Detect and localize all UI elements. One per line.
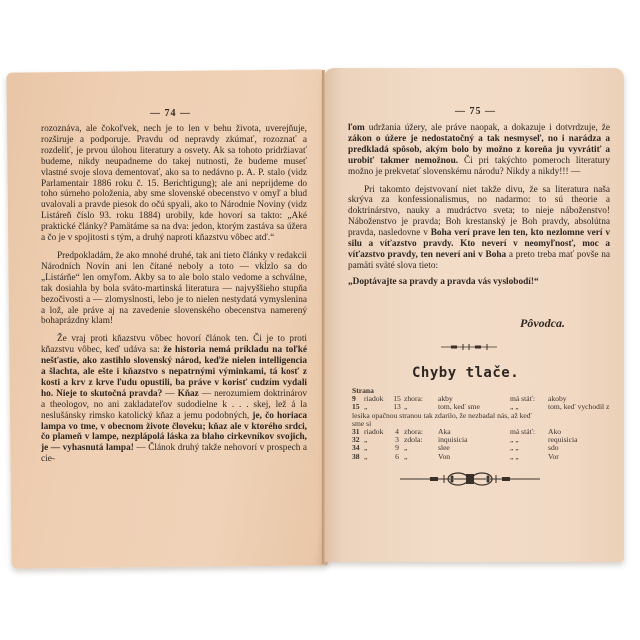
- text-run: rozoznáva, ale čokoľvek, nech je to len …: [41, 124, 307, 243]
- errata-cell: lesíka opačnou stranou tak zdarilo, že n…: [352, 412, 532, 420]
- bold-text-run: Kňaz: [178, 389, 199, 399]
- errata-row: 38„6„Von„ „Vor: [352, 453, 614, 461]
- page-number-right: — 75 —: [455, 106, 496, 117]
- text-run: Predpokladám, že ako mnohé druhé, tak an…: [41, 251, 307, 326]
- bold-text-run: ľom: [348, 123, 365, 133]
- errata-row: lesíka opačnou stranou tak zdarilo, že n…: [352, 412, 614, 420]
- paragraph: Predpokladám, že ako mnohé druhé, tak an…: [41, 251, 307, 327]
- errata-cell: „: [404, 453, 438, 461]
- errata-cell: 6: [390, 453, 404, 461]
- paragraph-gap: [348, 178, 610, 185]
- right-page-body: ľom udržania úžery, ale práve naopak, a …: [348, 123, 610, 288]
- left-page-body: rozoznáva, ale čokoľvek, nech je to len …: [41, 124, 307, 465]
- errata-cell: riadok: [364, 428, 390, 436]
- page-number-left: — 74 —: [150, 108, 191, 119]
- errata-cell: 38: [352, 453, 364, 461]
- errata-row: 34„9„slee„ „sdo: [352, 444, 614, 452]
- text-run: udržania úžery, ale práve naopak, a doka…: [365, 123, 610, 133]
- errata-cell: zdola:: [404, 436, 438, 444]
- errata-cell: tom, keď vychodil z: [548, 403, 614, 411]
- errata-title: Chyby tlače.: [412, 365, 519, 381]
- errata-row: sme si: [352, 420, 614, 428]
- paragraph-gap: [41, 244, 307, 251]
- errata-header: Strana: [352, 387, 614, 395]
- paragraph: ľom udržania úžery, ale práve naopak, a …: [348, 123, 610, 178]
- errata-cell: „: [404, 444, 438, 452]
- errata-cell: „: [364, 436, 390, 444]
- small-divider-ornament-icon: [441, 343, 497, 351]
- book-spine: [322, 70, 325, 564]
- closing-quote: „Doptávajte sa pravdy a pravda vás vyslo…: [348, 277, 610, 288]
- right-page-paragraphs: ľom udržania úžery, ale práve naopak, a …: [348, 123, 610, 272]
- errata-row: 32„3zdola:inquisicia„ „requisicia: [352, 436, 614, 444]
- author-signature: Pôvodca.: [520, 316, 565, 331]
- text-run: —: [162, 389, 177, 399]
- paragraph: Že vraj proti kňazstvu vôbec hovorí člán…: [41, 334, 307, 465]
- paragraph: Pri takomto dejstvovaní niet takže divu,…: [348, 185, 610, 272]
- paragraph: rozoznáva, ale čokoľvek, nech je to len …: [41, 124, 307, 244]
- large-divider-ornament-icon: [400, 472, 540, 486]
- errata-table: Strana 9riadok15zhora:akbymá stáť:akoby1…: [352, 387, 614, 461]
- errata-cell: „: [364, 444, 390, 452]
- errata-cell: „ „: [510, 453, 548, 461]
- errata-cell: Vor: [548, 453, 614, 461]
- errata-cell: Von: [438, 453, 510, 461]
- open-book: — 74 — — 75 — rozoznáva, ale čokoľvek, n…: [0, 0, 640, 640]
- errata-cell: riadok: [364, 395, 390, 403]
- errata-cell: zhora:: [404, 395, 438, 403]
- errata-cell: „: [364, 453, 390, 461]
